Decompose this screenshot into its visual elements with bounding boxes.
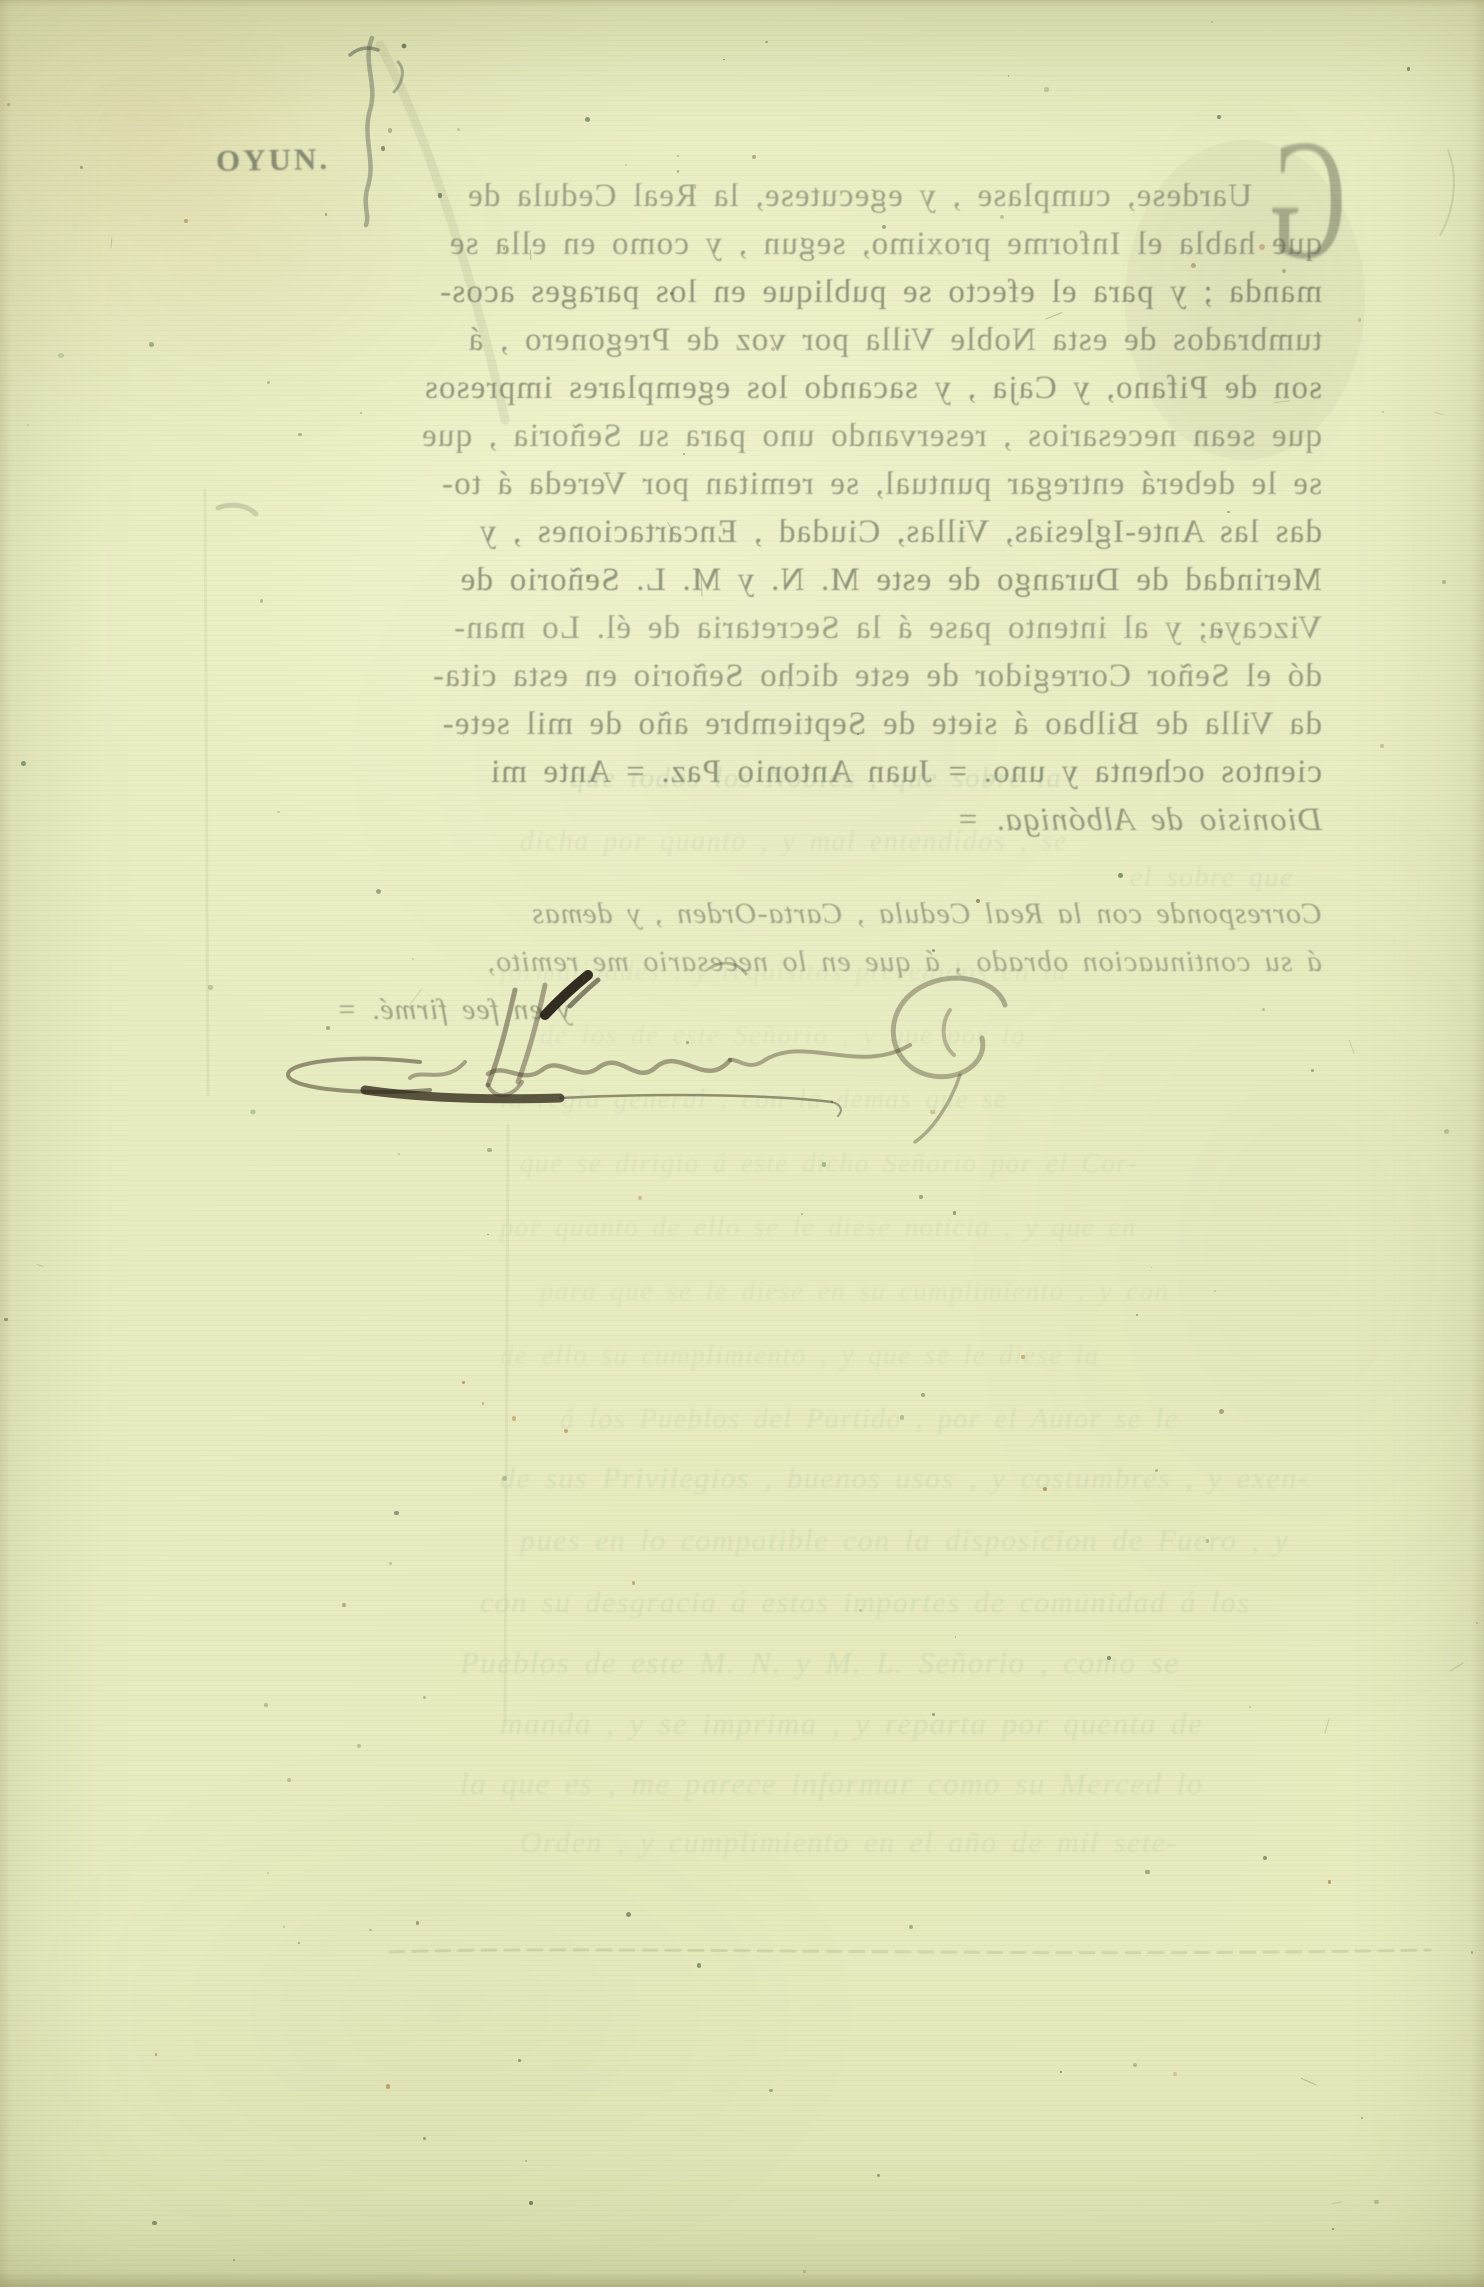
ghost-line: de los de este Señorio , y que por lo [540,1020,1026,1051]
speck [438,193,443,198]
speck [859,1609,862,1612]
speck [765,41,768,44]
speck [1145,1870,1149,1874]
speck [1219,1409,1224,1414]
speck [386,2084,390,2088]
ghost-line: de ello su cumplimiento , y que se le di… [500,1340,1100,1371]
speck [1442,580,1446,584]
speck [822,1162,826,1166]
speck [1218,628,1223,633]
speck [298,433,302,437]
speck [697,1963,701,1967]
speck [1133,2063,1137,2067]
text-line: das las Ante-Iglesias, Villas, Ciudad , … [330,508,1322,556]
ghost-line: que se dirigio á este dicho Señorio por … [520,1148,1138,1179]
speck [326,1026,330,1030]
speck [512,1416,516,1420]
speck [155,2053,158,2056]
speck [694,186,696,188]
certification-line: Corresponde con la Real Cedula , Carta-O… [330,890,1322,938]
speck [803,2270,806,2273]
speck [1214,1290,1216,1292]
speck [683,453,685,455]
ghost-line: Pueblos de este M. N. y M. L. Señorio , … [460,1645,1180,1681]
text-line: da Villa de Bilbao á siete de Septiembre… [330,700,1322,748]
speck [638,1196,642,1200]
speck [267,381,270,384]
ghost-line: dicha por quanto , y mal entendidos , se [520,826,1068,858]
text-line: Merindad de Durango de este M. N. y M. L… [330,556,1322,604]
speck [482,1402,484,1404]
speck [518,2059,522,2063]
speck [416,1921,419,1924]
speck [932,1713,935,1716]
speck [1151,1267,1153,1269]
paper-fiber [110,238,112,249]
speck [677,170,679,172]
ghost-line: con su desgracia á estos importes de com… [480,1586,1250,1620]
speck [900,1415,905,1420]
speck [932,949,935,952]
speck [389,1562,392,1565]
speck [457,128,460,131]
speck [626,1912,631,1917]
ghost-line: Orden , y cumplimiento en el año de mil … [520,1826,1178,1860]
speck [583,914,585,916]
speck [677,155,679,157]
scanned-document-page: OYUN. G Uardese, cumplase , y egecutese,… [0,0,1484,2287]
paper-fiber [1331,2202,1342,2205]
speck [1407,67,1410,70]
speck [342,1603,346,1607]
speck [283,1926,285,1928]
speck [1328,1880,1332,1884]
speck [525,2160,527,2162]
speck [394,1511,399,1516]
speck [357,1744,361,1748]
speck [487,1148,491,1152]
speck [21,761,26,766]
speck [4,1318,7,1321]
speck [423,2137,426,2140]
speck [487,1234,489,1236]
speck [1476,1622,1479,1625]
speck [260,599,264,603]
ghost-line: formalidades , y requisitos prevenidos e… [500,956,1067,987]
paper-fiber [1450,1662,1464,1671]
ghost-line: el sobre que [1130,862,1294,894]
paper-fiber [1348,1040,1354,1055]
text-line: Vizcaya; y al intento pase á la Secretar… [330,604,1322,652]
speck [1044,87,1048,91]
text-line: Uardese, cumplase , y egecutese, la Real… [330,172,1322,220]
text-line: que sean necesarios , reservando uno par… [330,412,1322,460]
speck [877,2174,880,2177]
speck [1060,2071,1062,2073]
paper-fiber [1300,2078,1316,2086]
speck [921,1393,926,1398]
speck [503,247,505,249]
speck [264,1703,267,1706]
speck [1311,1069,1314,1072]
speck [919,1195,923,1199]
speck [1008,75,1010,77]
paper-fiber [1324,1718,1330,1734]
speck [1471,1951,1474,1954]
speck [423,1696,426,1699]
text-line: dó el Señor Corregidor de este dicho Señ… [330,652,1322,700]
speck [1374,2200,1379,2205]
speck [27,424,29,426]
speck [1136,1314,1138,1316]
speck [152,2221,156,2225]
main-paragraph: Uardese, cumplase , y egecutese, la Real… [330,100,1322,844]
speck [1380,744,1384,748]
text-line: se le deberá entregar puntual, se remita… [330,460,1322,508]
speck [80,166,83,169]
archival-margin-mark: OYUN. [216,141,331,179]
speck [233,2259,235,2261]
speck [632,1581,636,1585]
speck [769,2089,773,2093]
ghost-line: por quanto de ello se le diese noticia ,… [500,1212,1137,1243]
speck [1382,411,1384,413]
speck [586,574,591,579]
speck [287,1778,291,1782]
speck [909,1925,913,1929]
speck [7,103,10,106]
ghost-line: para que se le diese en su cumplimiento … [540,1276,1170,1307]
speck [801,1213,803,1215]
speck [857,733,859,735]
speck [298,1942,300,1944]
speck [388,128,392,132]
paper-fiber [36,1264,44,1268]
speck [184,219,188,223]
speck [752,155,756,159]
ghost-line: á los Pueblos del Partido , por el Autor… [560,1404,1179,1436]
speck [58,353,63,358]
text-line: que habla el Informe proximo, segun , y … [330,220,1322,268]
speck [686,1041,688,1043]
speck [360,412,362,414]
speck [398,1153,400,1155]
speck [723,59,725,61]
speck [1332,2228,1334,2230]
speck [1217,115,1221,119]
speck [976,899,980,903]
speck [788,687,790,689]
speck [1211,21,1213,23]
text-line: son de Pifano, y Caja , y sacando los eg… [330,364,1322,412]
speck [1249,1706,1251,1708]
speck [369,1929,372,1932]
ghost-line: manda , y se imprima , y reparta por que… [500,1706,1203,1742]
speck [529,2201,533,2205]
ghost-line: la que es , me parece informar como su M… [460,1766,1204,1802]
speck [149,342,154,347]
speck [1444,1129,1449,1134]
ghost-line: que todos los Nobles , que sobre la [570,762,1062,795]
speck [1358,318,1361,321]
speck [267,1872,269,1874]
speck [325,213,327,215]
speck [1361,2117,1363,2119]
speck [277,811,279,813]
speck [955,1636,957,1638]
text-line: manda ; y para el efecto se publique en … [330,268,1322,316]
speck [462,1381,465,1384]
paper-fiber [1434,412,1444,416]
speck [1263,1856,1267,1860]
ghost-line: pues en lo compatible con la disposicion… [520,1524,1289,1558]
text-line: tumbrados de esta Noble Villa por voz de… [330,316,1322,364]
speck [1173,2072,1177,2076]
speck [208,985,212,989]
speck [1021,1355,1024,1358]
ghost-line: de sus Privilegios , buenos usos , y cos… [500,1462,1309,1496]
